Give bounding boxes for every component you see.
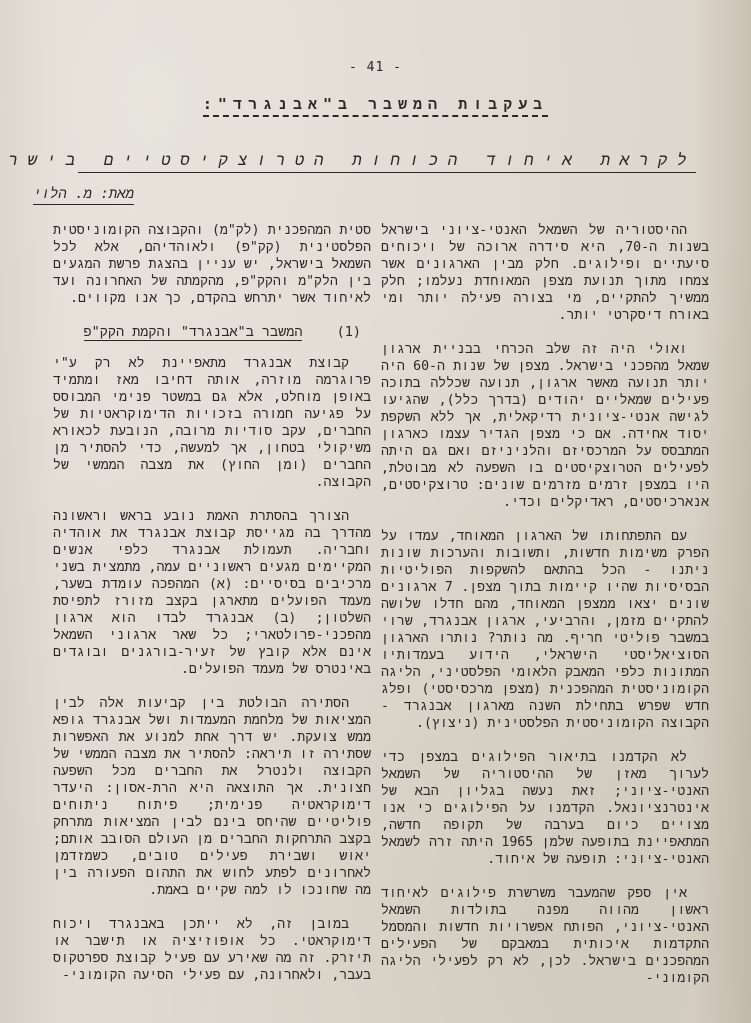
article-title: לקראת איחוד הכוחות הטרוצקיסטיים בישראל [78, 150, 696, 173]
paragraph: קבוצת אבנגרד מתאפיינת לא רק ע"י פרוגרמה … [53, 355, 371, 491]
series-title-text: בעקבות המשבר ב"אבנגרד": [203, 95, 548, 117]
section-heading: (1) המשבר ב"אבנגרד" והקמת הקק"פ [53, 324, 371, 341]
paragraph: לא הקדמנו בתיאור הפילוגים במצפן כדי לערו… [381, 749, 709, 868]
series-title: בעקבות המשבר ב"אבנגרד": [0, 95, 751, 114]
intro-paragraph: סטית המהפכנית (לק"מ) והקבוצה הקומוניסטית… [53, 222, 371, 307]
paragraph: ואולי היה זה שלב הכרחי בבניית ארגון שמאל… [381, 341, 709, 511]
section-number: (1) [337, 324, 361, 340]
document-page: - 41 - בעקבות המשבר ב"אבנגרד": לקראת איח… [0, 0, 751, 1023]
section-title: המשבר ב"אבנגרד" והקמת הקק"פ [84, 324, 303, 341]
author-byline: מאת: מ. הלוי [33, 186, 134, 205]
page-number: - 41 - [0, 60, 751, 75]
paragraph: ההיסטוריה של השמאל האנטי-ציוני בישראל בש… [381, 222, 709, 324]
right-column: ההיסטוריה של השמאל האנטי-ציוני בישראל בש… [381, 222, 709, 1004]
paragraph: עם התפתחותו של הארגון המאוחד, עמדו על הפ… [381, 528, 709, 732]
paragraph: הצורך בהסתרת האמת נובע בראש וראשונה מהדר… [53, 508, 371, 678]
paragraph: אין ספק שהמעבר משרשרת פילוגים לאיחוד ראש… [381, 885, 709, 987]
left-column: סטית המהפכנית (לק"מ) והקבוצה הקומוניסטית… [53, 222, 371, 1001]
paragraph: הסתירה הבולטת בין קביעות אלה לבין המציאו… [53, 695, 371, 899]
paragraph: במובן זה, לא ייתכן באבנגרד ויכוח דימוקרא… [53, 916, 371, 984]
